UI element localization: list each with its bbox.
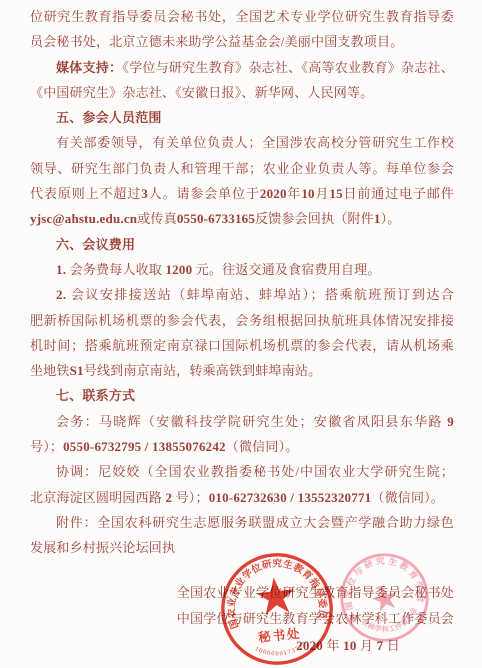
document-page: 位研究生教育指导委员会秘书处，全国艺术专业学位研究生教育指导委员会秘书处，北京立… <box>0 0 482 668</box>
doc-line: 发展和乡村振兴论坛回执 <box>30 535 454 560</box>
signature-line: 全国农业专业学位研究生教育指导委员会秘书处 <box>30 580 454 607</box>
doc-line: 坐地铁S1号线到南京南站，转乘高铁到蚌埠南站。 <box>30 358 454 383</box>
doc-line: 号）；0550-6732795 / 13855076242（微信同）。 <box>30 434 454 459</box>
doc-line: 协调：尼姣姣（全国农业教指委秘书处/中国农业大学研究生院； <box>30 459 454 484</box>
doc-line: 附件：全国农科研究生志愿服务联盟成立大会暨产学融合助力绿色 <box>30 510 454 535</box>
doc-line: 媒体支持：《学位与研究生教育》杂志社、《高等农业教育》杂志社、 <box>30 55 454 80</box>
doc-line: 代表原则上不超过3人。请参会单位于2020年10月15日前通过电子邮件 <box>30 181 454 206</box>
doc-line: 机时间；搭乘航班预定南京禄口国际机场机票的参会代表，请从机场乘 <box>30 333 454 358</box>
doc-line: 位研究生教育指导委员会秘书处，全国艺术专业学位研究生教育指导委 <box>30 4 454 29</box>
doc-line: 六、会议费用 <box>30 232 454 257</box>
signature-line: 2020 年 10 月 7 日 <box>30 633 454 660</box>
signature-line: 中国学位与研究生教育学会农林学科工作委员会 <box>30 606 454 633</box>
doc-line: 肥新桥国际机场机票的参会代表，会务组根据回执航班具体情况安排接 <box>30 308 454 333</box>
doc-line: 1. 会务费每人收取 1200 元。往返交通及食宿费用自理。 <box>30 257 454 282</box>
doc-line: 有关部委领导，有关单位负责人；全国涉农高校分管研究生工作校 <box>30 130 454 155</box>
document-body: 位研究生教育指导委员会秘书处，全国艺术专业学位研究生教育指导委员会秘书处，北京立… <box>30 4 454 659</box>
doc-line: 七、联系方式 <box>30 383 454 408</box>
doc-line: 员会秘书处，北京立德未来助学公益基金会/美丽中国支教项目。 <box>30 29 454 54</box>
doc-line: 会务：马晓辉（安徽科技学院研究生处；安徽省凤阳县东华路 9 <box>30 409 454 434</box>
doc-line: 《中国研究生》杂志社、《安徽日报》、新华网、人民网等。 <box>30 80 454 105</box>
doc-line: 2. 会议安排接送站（蚌埠南站、蚌埠站）；搭乘航班预订到达合 <box>30 282 454 307</box>
doc-line: 五、参会人员范围 <box>30 105 454 130</box>
doc-line: 北京海淀区圆明园西路 2 号）；010-62732630 / 135523207… <box>30 485 454 510</box>
doc-line: yjsc@ahstu.edu.cn或传真0550-6733165反馈参会回执（附… <box>30 206 454 231</box>
doc-line: 领导、研究生部门负责人和管理干部；农业企业负责人等。每单位参会 <box>30 156 454 181</box>
